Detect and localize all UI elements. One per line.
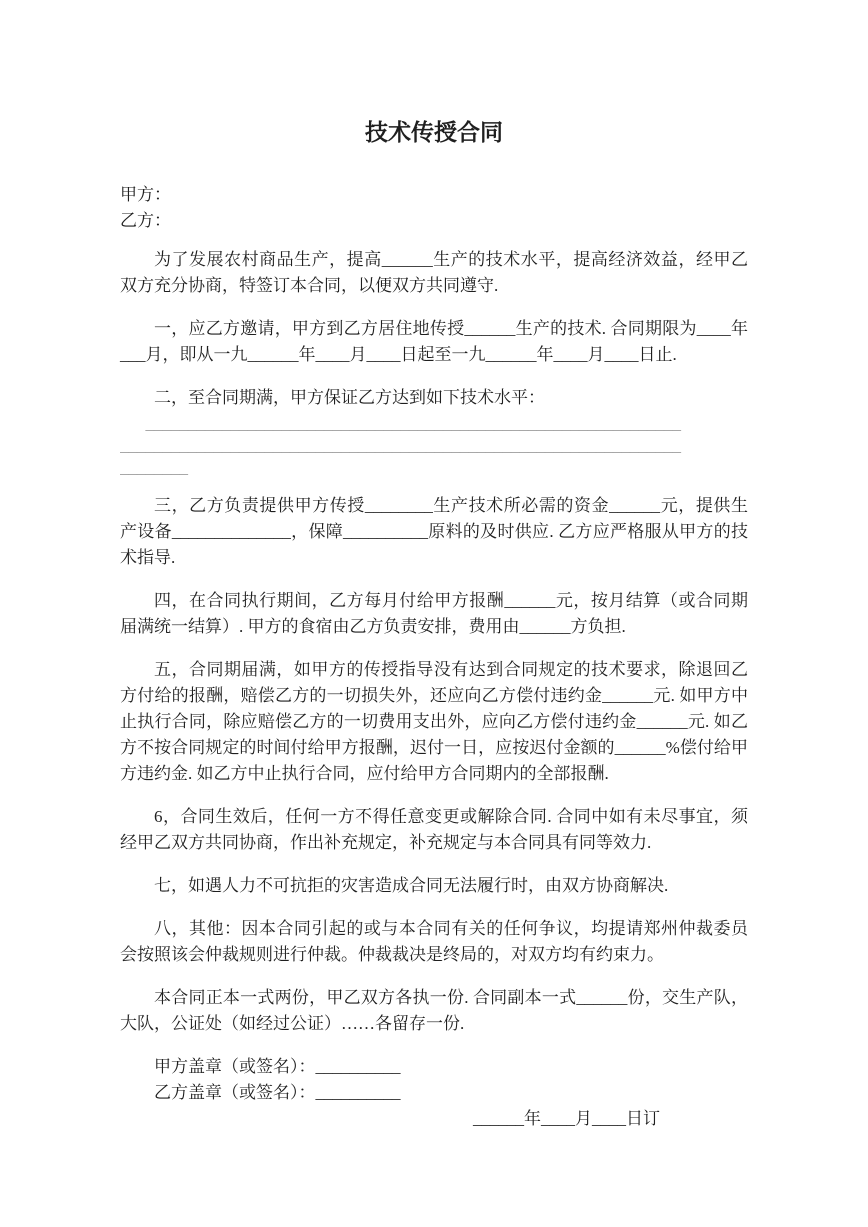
- party-b-line: 乙方：: [120, 208, 748, 234]
- clause-5: 五，合同期届满，如甲方的传授指导没有达到合同规定的技术要求，除退回乙方付给的报酬…: [120, 657, 748, 787]
- clause-2: 二，至合同期满，甲方保证乙方达到如下技术水平：: [120, 385, 748, 411]
- clause-3: 三，乙方负责提供甲方传授________生产技术所必需的资金______元，提供…: [120, 493, 748, 571]
- fill-in-line-2: ________________________________________…: [120, 435, 748, 457]
- party-a-line: 甲方：: [120, 182, 748, 208]
- contract-title: 技术传授合同: [120, 118, 748, 148]
- signature-party-a: 甲方盖章（或签名）：__________: [120, 1054, 748, 1080]
- clause-8: 八，其他：因本合同引起的或与本合同有关的任何争议，均提请郑州仲裁委员会按照该会仲…: [120, 916, 748, 968]
- clause-1: 一，应乙方邀请，甲方到乙方居住地传授______生产的技术. 合同期限为____…: [120, 316, 748, 368]
- parties-block: 甲方： 乙方：: [120, 182, 748, 234]
- date-line: ______年____月____日订: [120, 1106, 748, 1132]
- intro-paragraph: 为了发展农村商品生产，提高______生产的技术水平，提高经济效益，经甲乙双方充…: [120, 247, 748, 299]
- clause-4: 四，在合同执行期间，乙方每月付给甲方报酬______元，按月结算（或合同期届满统…: [120, 588, 748, 640]
- signature-party-b: 乙方盖章（或签名）：__________: [120, 1080, 748, 1106]
- fill-in-lines-block: ________________________________________…: [120, 413, 748, 479]
- closing-paragraph: 本合同正本一式两份，甲乙双方各执一份. 合同副本一式______份，交生产队，大…: [120, 985, 748, 1037]
- clause-6: 6，合同生效后，任何一方不得任意变更或解除合同. 合同中如有未尽事宜，须经甲乙双…: [120, 804, 748, 856]
- fill-in-line-1: ________________________________________…: [120, 413, 748, 435]
- fill-in-line-3: ________: [120, 457, 748, 479]
- contract-document: 技术传授合同 甲方： 乙方： 为了发展农村商品生产，提高______生产的技术水…: [0, 0, 868, 1227]
- signature-block: 甲方盖章（或签名）：__________ 乙方盖章（或签名）：_________…: [120, 1054, 748, 1106]
- clause-7: 七，如遇人力不可抗拒的灾害造成合同无法履行时，由双方协商解决.: [120, 873, 748, 899]
